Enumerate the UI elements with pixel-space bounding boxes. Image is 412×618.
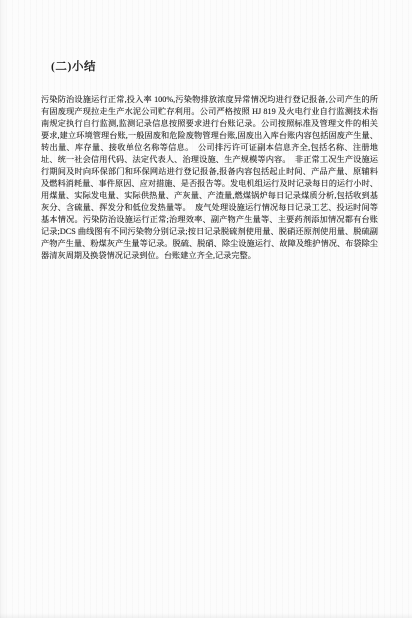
section-heading: (二)小结 <box>51 62 96 74</box>
body-paragraph: 污染防治设施运行正常,投入率 100%,污染物排放浓度异常情况均进行登记报备,公… <box>41 94 378 262</box>
document-page: (二)小结 污染防治设施运行正常,投入率 100%,污染物排放浓度异常情况均进行… <box>0 0 412 618</box>
scan-texture <box>0 0 412 618</box>
